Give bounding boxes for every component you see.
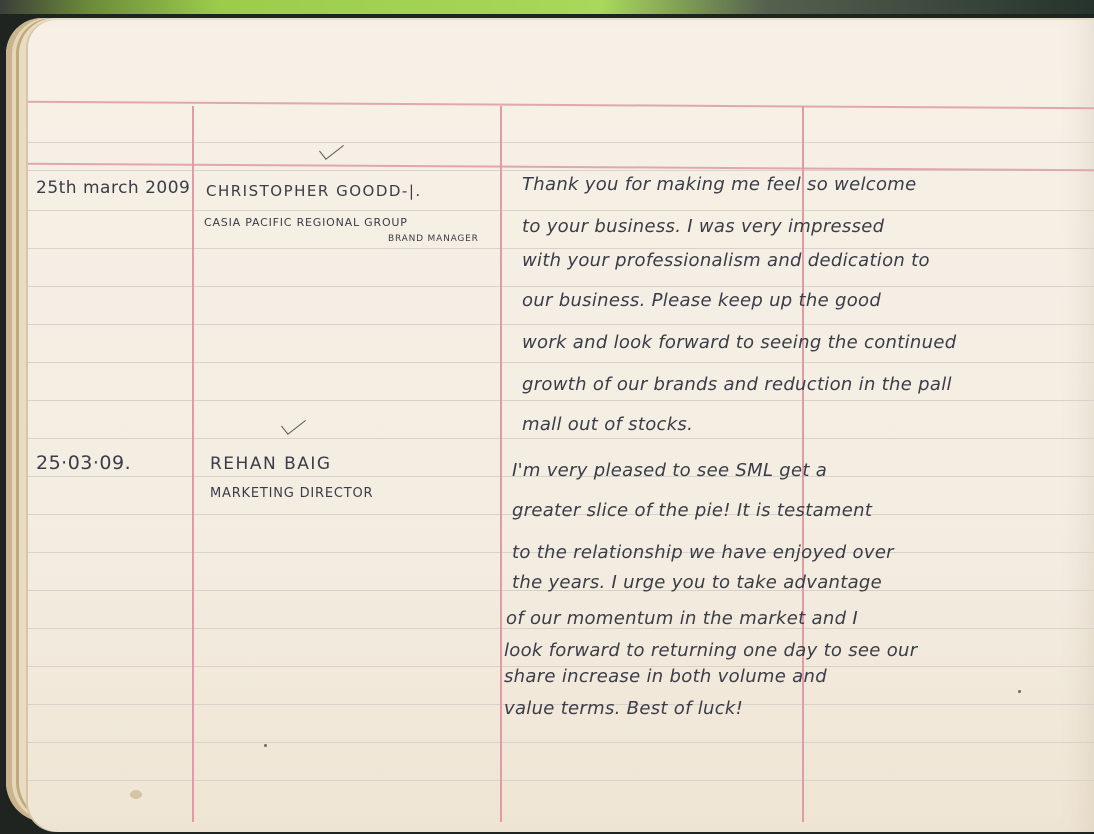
message-line: to your business. I was very impressed xyxy=(522,216,884,237)
ledger-page: 25th march 2009 Christopher Goodd-|. CAs… xyxy=(28,20,1094,832)
ruling-line xyxy=(28,248,1094,249)
message-line: mall out of stocks. xyxy=(522,414,693,435)
ruling-line xyxy=(28,286,1094,287)
ruling-line xyxy=(28,362,1094,363)
message-line: of our momentum in the market and I xyxy=(506,608,858,629)
message-line: I'm very pleased to see SML get a xyxy=(512,460,827,481)
message-line: growth of our brands and reduction in th… xyxy=(522,374,952,395)
message-line: our business. Please keep up the good xyxy=(522,290,881,311)
message-line: to the relationship we have enjoyed over xyxy=(512,542,894,563)
column-divider-date xyxy=(192,106,194,822)
entry-date: 25th march 2009 xyxy=(36,178,190,198)
ink-speck xyxy=(1018,690,1021,693)
column-divider-name xyxy=(500,106,502,822)
message-line: Thank you for making me feel so welcome xyxy=(522,174,916,195)
header-rule-top xyxy=(28,101,1094,110)
ink-speck xyxy=(264,744,267,747)
entry-title: CAsia pacific Regional Group xyxy=(204,216,408,229)
ruling-line xyxy=(28,324,1094,325)
entry-title: Brand Manager xyxy=(388,234,479,244)
book-page-edges: 25th march 2009 Christopher Goodd-|. CAs… xyxy=(6,18,1094,822)
message-line: share increase in both volume and xyxy=(504,666,827,687)
ruling-line xyxy=(28,742,1094,743)
message-line: value terms. Best of luck! xyxy=(504,698,743,719)
ruling-line xyxy=(28,210,1094,211)
paper-stain xyxy=(130,790,142,799)
entry-date: 25·03·09. xyxy=(36,452,131,474)
entry-title: Marketing Director xyxy=(210,486,373,501)
message-line: with your professionalism and dedication… xyxy=(522,250,930,271)
background-surface xyxy=(0,0,1094,14)
ruling-line xyxy=(28,400,1094,401)
ruling-line xyxy=(28,780,1094,781)
ruling-line xyxy=(28,142,1094,143)
checkmark-icon xyxy=(281,412,306,435)
ruling-line xyxy=(28,438,1094,439)
checkmark-icon xyxy=(319,137,344,160)
message-line: look forward to returning one day to see… xyxy=(504,640,917,661)
message-line: the years. I urge you to take advantage xyxy=(512,572,882,593)
entry-name: Rehan Baig xyxy=(210,454,332,474)
message-line: greater slice of the pie! It is testamen… xyxy=(512,500,872,521)
message-line: work and look forward to seeing the cont… xyxy=(522,332,956,353)
entry-name: Christopher Goodd-|. xyxy=(206,182,422,200)
